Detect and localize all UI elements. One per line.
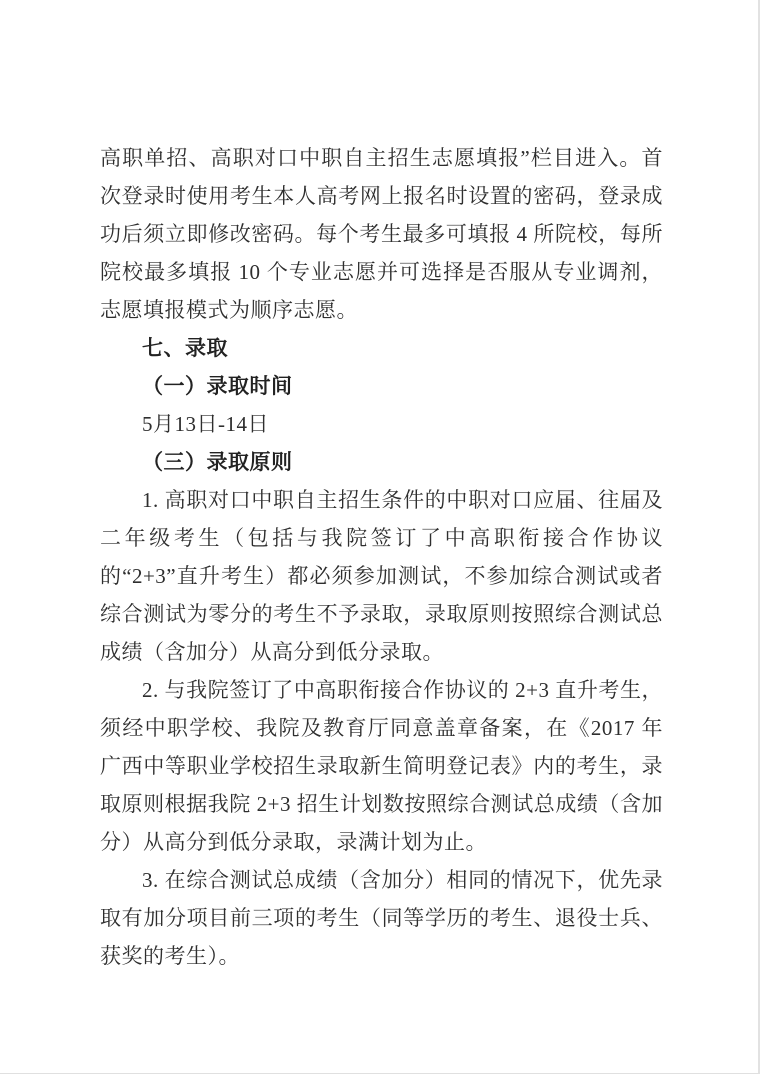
- heading-admission-time: （一）录取时间: [100, 367, 663, 405]
- paragraph-principle-1: 1. 高职对口中职自主招生条件的中职对口应届、往届及二年级考生（包括与我院签订了…: [100, 481, 663, 671]
- document-page: 高职单招、高职对口中职自主招生志愿填报”栏目进入。首次登录时使用考生本人高考网上…: [0, 0, 760, 1074]
- admission-time-date: 5月13日-14日: [100, 405, 663, 443]
- heading-section-7-admission: 七、录取: [100, 329, 663, 367]
- paragraph-principle-2: 2. 与我院签订了中高职衔接合作协议的 2+3 直升考生，须经中职学校、我院及教…: [100, 671, 663, 861]
- heading-admission-principles: （三）录取原则: [100, 443, 663, 481]
- paragraph-volunteer-filling-continued: 高职单招、高职对口中职自主招生志愿填报”栏目进入。首次登录时使用考生本人高考网上…: [100, 139, 663, 329]
- paragraph-principle-3: 3. 在综合测试总成绩（含加分）相同的情况下，优先录取有加分项目前三项的考生（同…: [100, 861, 663, 975]
- document-content: 高职单招、高职对口中职自主招生志愿填报”栏目进入。首次登录时使用考生本人高考网上…: [100, 139, 663, 975]
